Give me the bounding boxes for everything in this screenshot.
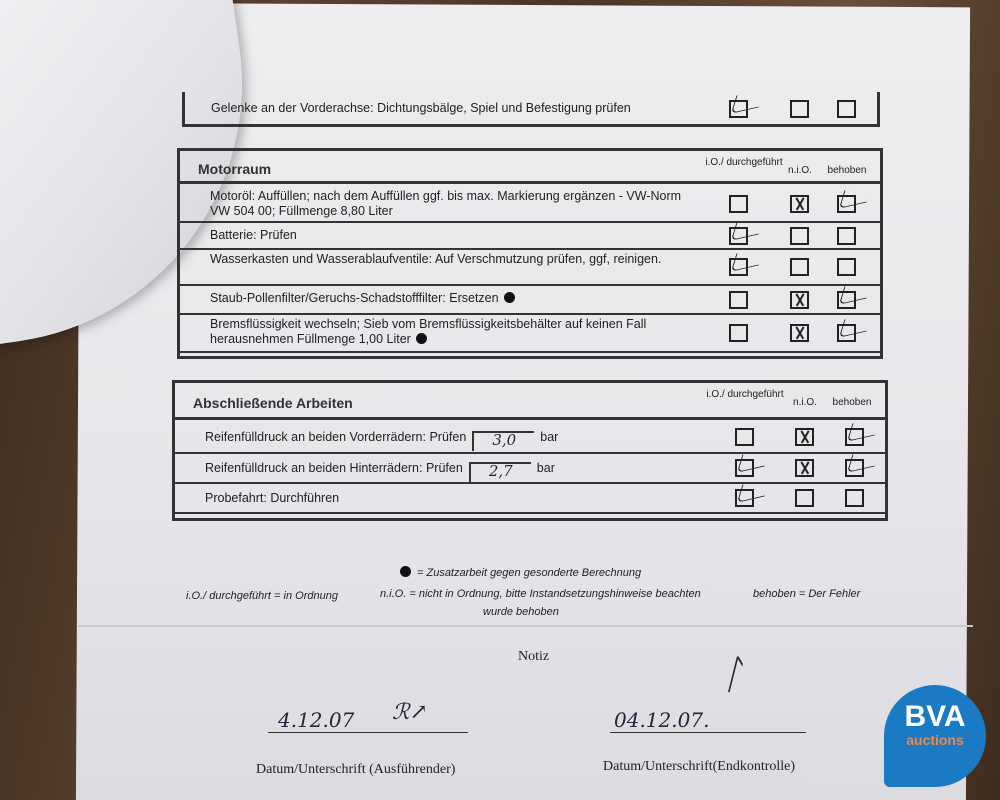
left-signature: ℛ↗ xyxy=(392,700,428,725)
nio-checkbox[interactable] xyxy=(790,195,809,213)
col-behoben-header-2: behoben xyxy=(827,397,877,409)
top-io-checkbox[interactable] xyxy=(729,100,748,118)
col-io-header: i.O./ durchgeführt xyxy=(704,157,784,169)
left-signature-line xyxy=(268,732,468,733)
right-signature-date: 04.12.07. xyxy=(614,708,709,732)
behoben-checkbox[interactable] xyxy=(837,195,856,213)
legend-behoben-cont: wurde behoben xyxy=(483,606,559,618)
section-title-motorraum: Motorraum xyxy=(198,161,271,177)
extra-work-dot-icon xyxy=(400,566,411,577)
abschliessend-row: Probefahrt: Durchführen xyxy=(175,484,885,514)
nio-checkbox[interactable] xyxy=(795,459,814,477)
row-label: Bremsflüssigkeit wechseln; Sieb vom Brem… xyxy=(210,317,690,347)
motorraum-row: Motoröl: Auffüllen; nach dem Auffüllen g… xyxy=(180,187,880,223)
row-label: Staub-Pollenfilter/Geruchs-Schadstofffil… xyxy=(210,291,690,306)
behoben-checkbox[interactable] xyxy=(837,291,856,309)
extra-work-dot-icon xyxy=(504,292,515,303)
behoben-checkbox[interactable] xyxy=(837,258,856,276)
abschliessend-row: Reifenfülldruck an beiden Hinterrädern: … xyxy=(175,454,885,484)
motorraum-row: Wasserkasten und Wasserablaufventile: Au… xyxy=(180,250,880,286)
motorraum-row: Batterie: Prüfen xyxy=(180,223,880,250)
legend-io: i.O./ durchgeführt = in Ordnung xyxy=(186,590,338,602)
motorraum-section: Motorraum i.O./ durchgeführt n.i.O. beho… xyxy=(177,148,883,359)
behoben-checkbox[interactable] xyxy=(845,428,864,446)
row-label: Batterie: Prüfen xyxy=(210,228,690,243)
row-label: Reifenfülldruck an beiden Vorderrädern: … xyxy=(205,430,558,451)
notiz-label: Notiz xyxy=(518,649,549,665)
paper-fold-line xyxy=(78,625,973,627)
col-behoben-header: behoben xyxy=(822,165,872,177)
nio-checkbox[interactable] xyxy=(790,324,809,342)
row-label: Probefahrt: Durchführen xyxy=(205,491,339,506)
behoben-checkbox[interactable] xyxy=(845,459,864,477)
abschliessend-row: Reifenfülldruck an beiden Vorderrädern: … xyxy=(175,423,885,454)
io-checkbox[interactable] xyxy=(729,227,748,245)
right-signature-caption: Datum/Unterschrift(Endkontrolle) xyxy=(603,759,795,775)
io-checkbox[interactable] xyxy=(729,195,748,213)
abschliessend-section: Abschließende Arbeiten i.O./ durchgeführ… xyxy=(172,380,888,521)
io-checkbox[interactable] xyxy=(735,428,754,446)
right-signature: ᛚ xyxy=(720,652,744,698)
bva-auctions-logo: BVA auctions xyxy=(884,685,986,787)
left-signature-date: 4.12.07 xyxy=(278,708,354,732)
behoben-checkbox[interactable] xyxy=(845,489,864,507)
right-signature-line xyxy=(610,732,806,733)
io-checkbox[interactable] xyxy=(735,489,754,507)
top-nio-checkbox[interactable] xyxy=(790,100,809,118)
io-checkbox[interactable] xyxy=(729,324,748,342)
extra-work-dot-icon xyxy=(416,333,427,344)
logo-brand: BVA xyxy=(884,702,986,732)
pressure-value-field[interactable]: 3,0 xyxy=(472,431,534,451)
legend-nio: n.i.O. = nicht in Ordnung, bitte Instand… xyxy=(380,588,701,600)
behoben-checkbox[interactable] xyxy=(837,227,856,245)
nio-checkbox[interactable] xyxy=(790,291,809,309)
nio-checkbox[interactable] xyxy=(790,258,809,276)
legend-behoben: behoben = Der Fehler xyxy=(753,588,860,600)
col-nio-header-2: n.i.O. xyxy=(785,397,825,409)
motorraum-row: Staub-Pollenfilter/Geruchs-Schadstofffil… xyxy=(180,286,880,315)
col-io-header-2: i.O./ durchgeführt xyxy=(705,389,785,401)
io-checkbox[interactable] xyxy=(729,258,748,276)
top-behoben-checkbox[interactable] xyxy=(837,100,856,118)
nio-checkbox[interactable] xyxy=(795,428,814,446)
section-title-abschliessend: Abschließende Arbeiten xyxy=(193,395,353,411)
pressure-value-field[interactable]: 2,7 xyxy=(469,462,531,482)
row-label: Wasserkasten und Wasserablaufventile: Au… xyxy=(210,252,690,267)
io-checkbox[interactable] xyxy=(729,291,748,309)
col-nio-header: n.i.O. xyxy=(780,165,820,177)
top-item-row: Gelenke an der Vorderachse: Dichtungsbäl… xyxy=(182,92,880,127)
logo-sub: auctions xyxy=(884,732,986,748)
nio-checkbox[interactable] xyxy=(790,227,809,245)
io-checkbox[interactable] xyxy=(735,459,754,477)
motorraum-row: Bremsflüssigkeit wechseln; Sieb vom Brem… xyxy=(180,315,880,353)
row-label: Motoröl: Auffüllen; nach dem Auffüllen g… xyxy=(210,189,690,219)
legend-extra-work: = Zusatzarbeit gegen gesonderte Berechnu… xyxy=(400,566,641,579)
top-item-label: Gelenke an der Vorderachse: Dichtungsbäl… xyxy=(211,101,631,116)
left-signature-caption: Datum/Unterschrift (Ausführender) xyxy=(256,762,455,778)
behoben-checkbox[interactable] xyxy=(837,324,856,342)
row-label: Reifenfülldruck an beiden Hinterrädern: … xyxy=(205,461,555,482)
nio-checkbox[interactable] xyxy=(795,489,814,507)
